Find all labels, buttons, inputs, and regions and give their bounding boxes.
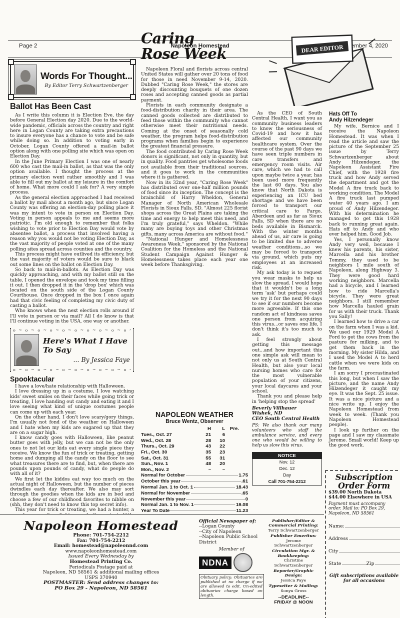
state-zip-field: StateZip bbox=[329, 561, 400, 567]
column-byline: By Editor Terry Schwartzenberger bbox=[41, 83, 133, 89]
column-spacer bbox=[141, 268, 248, 411]
envelope-icon: DEAR EDITOR bbox=[267, 31, 385, 106]
dot-leader bbox=[171, 511, 236, 512]
article-paragraph: Florists in each community designate a f… bbox=[141, 103, 248, 149]
weather-column-headers: H L Pre. bbox=[141, 426, 248, 432]
staff-name: Christine Schwartzenberger bbox=[268, 558, 319, 567]
article-paragraph: We first let the kiddos eat way too much… bbox=[10, 477, 134, 508]
letter-paragraph: I feel strongly about getting this messa… bbox=[252, 338, 322, 395]
editor-photo bbox=[14, 65, 37, 95]
fill-in-line bbox=[375, 564, 399, 565]
field-label: Name: bbox=[329, 523, 345, 529]
corner-ornament bbox=[130, 59, 136, 65]
subscription-footer: Gift subscriptions available for all occ… bbox=[329, 573, 400, 583]
ballot-headline: Ballot Has Been Cast bbox=[10, 102, 134, 112]
article-paragraph: In the June Primary Election I was one o… bbox=[10, 159, 134, 195]
precip-column-header: Pre. bbox=[225, 426, 239, 432]
dot-leader bbox=[181, 481, 240, 482]
photo-silhouette-body bbox=[16, 85, 35, 95]
member-of-label: Member of bbox=[199, 547, 264, 553]
subscription-order-form: Subscription Order Form $39.00 North Dak… bbox=[325, 470, 400, 618]
award-seal-icon bbox=[234, 553, 253, 572]
dear-editor-graphic: DEAR EDITOR bbox=[252, 31, 399, 108]
logo-row: NDNA bbox=[199, 553, 264, 572]
field-label: State bbox=[329, 561, 342, 567]
article-paragraph: I know candy goes with Halloween, like p… bbox=[10, 436, 134, 477]
obituary-policy-box: Obituary policy: Obituaries are publishe… bbox=[199, 574, 264, 599]
article-paragraph: Now in its 32nd year, "Caring Rose Week"… bbox=[141, 180, 248, 237]
subscription-rate: $44.00 Elsewhere in USA bbox=[329, 495, 400, 500]
article-paragraph: "National Hunger and Homelessness Awaren… bbox=[141, 237, 248, 268]
left-column: Words For Thought... By Editor Terry Sch… bbox=[10, 61, 134, 580]
official-item: --Napoleon Public School District bbox=[199, 535, 264, 546]
subscription-form-title: Subscription Order Form bbox=[329, 473, 400, 490]
border-pattern: o ~ o ~ o ~ o ~ o ~ o ~ o ~ o ~ o ~ o ~ … bbox=[13, 328, 131, 333]
photo-silhouette-head bbox=[21, 340, 32, 352]
field-label: Zip bbox=[366, 561, 374, 567]
article-paragraph: I love dressing up in a costume, I love … bbox=[10, 389, 134, 415]
name-field: Name: bbox=[329, 523, 400, 529]
hats-off-headline: Hats Off To Andy Hilzendeger bbox=[329, 111, 399, 123]
letter-paragraph: Thank you and please help in 'helping st… bbox=[252, 394, 322, 404]
article-paragraph: The food contributed by Caring Rose Week… bbox=[141, 149, 248, 180]
article-paragraph: Napoleon Floral and florists across cent… bbox=[141, 67, 248, 103]
caring-rose-headline: Caring Rose Week bbox=[141, 31, 248, 62]
staff-name: Sonya Gross bbox=[268, 588, 319, 593]
letter-paragraph: I learned how to drive a car on the farm… bbox=[329, 320, 399, 371]
high-column-header: H bbox=[197, 426, 211, 432]
dot-leader bbox=[187, 499, 245, 500]
columnist-photo bbox=[14, 334, 39, 366]
middle-column: Caring Rose Week Napoleon Floral and flo… bbox=[141, 31, 248, 514]
letter-paragraph: My ask today is to request you wear mask… bbox=[252, 271, 322, 338]
column-byline: ... By Jessica Faye bbox=[43, 356, 130, 364]
notice-line: Call 701-754-2212 bbox=[253, 479, 322, 486]
city-field: City bbox=[329, 548, 400, 554]
title-line: Order Form bbox=[329, 482, 400, 491]
photo-silhouette-body bbox=[16, 356, 37, 366]
dot-leader bbox=[194, 487, 235, 488]
fill-in-line bbox=[342, 564, 366, 565]
article-paragraph: As I write this column it is Election Ev… bbox=[10, 113, 134, 159]
weather-observer: Bruce Wentz, Observer bbox=[141, 419, 248, 425]
fill-in-line bbox=[349, 539, 400, 540]
signature-title: CEO South Central Health bbox=[252, 416, 322, 421]
field-label: City bbox=[329, 548, 339, 554]
article-paragraph: This process might have outlived its eff… bbox=[10, 252, 134, 267]
official-newspaper-block: Official Newspaper of: --Logan County --… bbox=[199, 519, 264, 600]
precip-cell bbox=[225, 467, 239, 473]
letter-covid: As the CEO of South Central Health, I wa… bbox=[252, 111, 322, 486]
postmaster-address: PO Box 29 - Napoleon, ND 58561 bbox=[8, 586, 194, 591]
letter-paragraph: My wife, Bernice and I receive the Napol… bbox=[329, 124, 399, 237]
dot-leader bbox=[191, 493, 240, 494]
low-cell: – bbox=[211, 467, 225, 473]
dot-leader bbox=[195, 505, 235, 506]
letters-columns: As the CEO of South Central Health, I wa… bbox=[252, 111, 399, 486]
says-box-heading: Here's What I Have To Say ... By Jessica… bbox=[43, 337, 130, 364]
staff-name: Terry Schwartzenberger bbox=[268, 528, 319, 533]
article-paragraph: As the general election approached I had… bbox=[10, 195, 134, 252]
staff-name: Jessica Faye bbox=[268, 578, 319, 583]
high-cell: – bbox=[197, 467, 211, 473]
letter-paragraph: As the CEO of South Central Health, I wa… bbox=[252, 111, 322, 271]
right-column: DEAR EDITOR As the CEO of South Central … bbox=[252, 31, 399, 486]
heres-what-i-have-to-say-box: o ~ o ~ o ~ o ~ o ~ o ~ o ~ o ~ o ~ o ~ … bbox=[10, 328, 134, 372]
notice-box: NOTICE Nov. 12 Dec. 12 Day Call 701-754-… bbox=[252, 452, 322, 486]
dot-leader bbox=[186, 475, 238, 476]
says-box-content: Here's What I Have To Say ... By Jessica… bbox=[13, 333, 131, 368]
letter-signature: Beverly Villhauer Wishek, ND CEO South C… bbox=[252, 406, 322, 422]
bottom-strip: Napoleon Homestead Phone: 701-754-2212 F… bbox=[0, 514, 324, 618]
masthead-box: Napoleon Homestead Phone: 701-754-2212 F… bbox=[8, 519, 194, 592]
weather-table: NAPOLEON WEATHER Bruce Wentz, Observer H… bbox=[141, 411, 248, 514]
corner-ornament bbox=[8, 94, 14, 100]
staff-name: Jerome Schwartzenberger bbox=[268, 538, 319, 547]
letter-paragraph: I look up further on the page and I saw … bbox=[329, 428, 399, 449]
border-pattern: o ~ o ~ o ~ o ~ o ~ o ~ o ~ o ~ o ~ o ~ … bbox=[13, 368, 131, 373]
letter-postscript: PS: We also thank our many volunteers wh… bbox=[252, 423, 322, 448]
weather-title: NAPOLEON WEATHER bbox=[141, 411, 248, 419]
article-paragraph: So back to mail-in-ballots. As Election … bbox=[10, 267, 134, 308]
fill-in-line bbox=[339, 552, 399, 553]
spooktacular-headline: Spooktacular bbox=[10, 375, 134, 383]
page-content: Page 2 Napoleon Homestead Wednesday, Nov… bbox=[0, 0, 400, 618]
newspaper-page: Page 2 Napoleon Homestead Wednesday, Nov… bbox=[0, 0, 400, 618]
ndna-logo: NDNA bbox=[199, 556, 232, 569]
words-for-thought-heading: Words For Thought... By Editor Terry Sch… bbox=[41, 71, 133, 89]
photo-silhouette-head bbox=[20, 70, 30, 82]
words-for-thought-box: Words For Thought... By Editor Terry Sch… bbox=[10, 61, 134, 98]
column-title: Here's What I Have To Say bbox=[43, 337, 130, 355]
address-field: Address bbox=[329, 536, 400, 542]
deadline-value: FRIDAY @ NOON bbox=[268, 600, 319, 605]
letter-hats-off: Hats Off To Andy Hilzendeger My wife, Be… bbox=[329, 111, 399, 486]
headline-line: Andy Hilzendeger bbox=[329, 117, 399, 123]
article-paragraph: Who knows when the next election rolls a… bbox=[10, 309, 134, 324]
article-paragraph: On the other hand, I don't love scary/go… bbox=[10, 415, 134, 436]
letter-paragraph: Yes, I personally know Andy very well, b… bbox=[329, 237, 399, 319]
staff-role: Publisher/Editor & Commercial Printing: bbox=[268, 519, 319, 528]
newspaper-name: Napoleon Homestead bbox=[8, 519, 194, 534]
low-column-header: L bbox=[211, 426, 225, 432]
headline-line: Rose Week bbox=[141, 47, 248, 63]
column-title: Words For Thought... bbox=[41, 71, 133, 82]
day-column-header bbox=[141, 426, 197, 432]
subscription-note: Payment must accompany order. Mail to: P… bbox=[329, 502, 400, 516]
field-label: Address bbox=[329, 536, 348, 542]
letter-paragraph: I am sorry I procrastinated this long, b… bbox=[329, 371, 399, 428]
staff-block: Publisher/Editor & Commercial Printing: … bbox=[268, 519, 319, 605]
fill-in-line bbox=[345, 527, 399, 528]
corner-ornament bbox=[130, 94, 136, 100]
headline-line: Caring bbox=[141, 31, 248, 47]
